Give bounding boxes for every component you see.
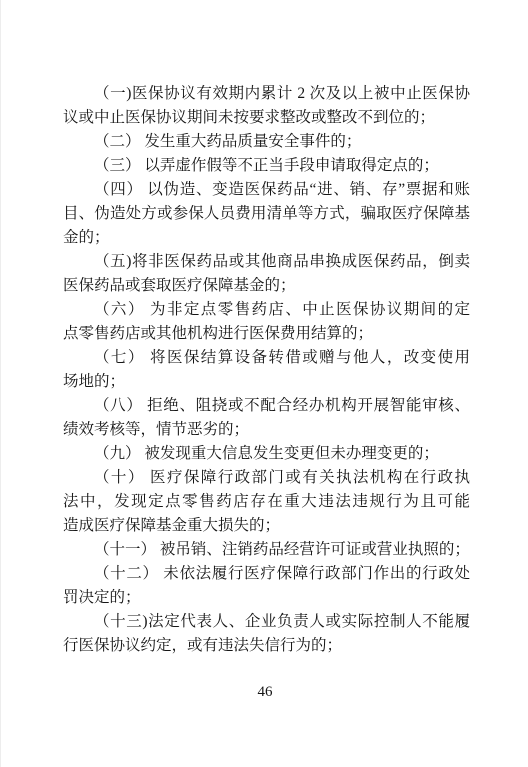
text-line: 场地的；: [63, 370, 470, 394]
text-line: 点零售药店或其他机构进行医保费用结算的；: [63, 322, 470, 346]
text-line: 金的；: [63, 226, 470, 250]
text-line: 目、伪造处方或参保人员费用清单等方式，骗取医疗保障基: [63, 202, 470, 226]
text-line: （十三)法定代表人、企业负责人或实际控制人不能履: [63, 610, 470, 634]
text-line: （一)医保协议有效期内累计 2 次及以上被中止医保协: [63, 82, 470, 106]
text-line: （三） 以弄虚作假等不正当手段申请取得定点的；: [63, 154, 470, 178]
document-lines: （一)医保协议有效期内累计 2 次及以上被中止医保协议或中止医保协议期间未按要求…: [63, 82, 470, 658]
text-line: 医保药品或套取医疗保障基金的；: [63, 274, 470, 298]
text-line: （六） 为非定点零售药店、中止医保协议期间的定: [63, 298, 470, 322]
text-line: （十一） 被吊销、注销药品经营许可证或营业执照的；: [63, 538, 470, 562]
text-line: （二） 发生重大药品质量安全事件的；: [63, 130, 470, 154]
text-line: 造成医疗保障基金重大损失的；: [63, 514, 470, 538]
text-line: （五)将非医保药品或其他商品串换成医保药品，倒卖: [63, 250, 470, 274]
text-line: 法中，发现定点零售药店存在重大违法违规行为且可能: [63, 490, 470, 514]
page-number: 46: [1, 683, 528, 701]
text-line: 罚决定的；: [63, 586, 470, 610]
text-line: （十） 医疗保障行政部门或有关执法机构在行政执: [63, 466, 470, 490]
text-line: （七） 将医保结算设备转借或赠与他人，改变使用: [63, 346, 470, 370]
text-line: 绩效考核等，情节恶劣的；: [63, 418, 470, 442]
text-line: 行医保协议约定，或有违法失信行为的；: [63, 634, 470, 658]
text-line: （八） 拒绝、阻挠或不配合经办机构开展智能审核、: [63, 394, 470, 418]
document-page: （一)医保协议有效期内累计 2 次及以上被中止医保协议或中止医保协议期间未按要求…: [0, 0, 528, 767]
text-line: （十二） 未依法履行医疗保障行政部门作出的行政处: [63, 562, 470, 586]
text-line: （九） 被发现重大信息发生变更但未办理变更的；: [63, 442, 470, 466]
text-line: 议或中止医保协议期间未按要求整改或整改不到位的；: [63, 106, 470, 130]
text-line: （四） 以伪造、变造医保药品“进、销、存”票据和账: [63, 178, 470, 202]
